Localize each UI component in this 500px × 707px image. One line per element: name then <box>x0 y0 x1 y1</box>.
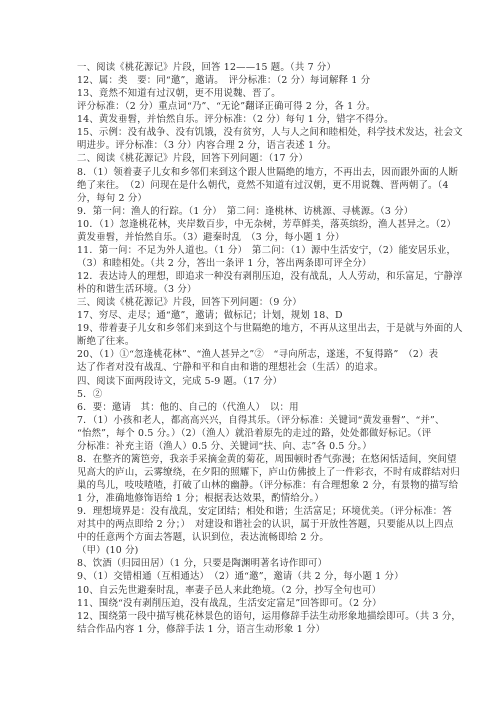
answer-line: 7．（1）小孩和老人，都高高兴兴，自得其乐。（评分标准：关键词“黄发垂髫”、“并… <box>77 414 429 427</box>
answer-line: 6．要：邀请 其：他的、自己的（代渔人） 以：用 <box>77 401 429 414</box>
answer-line: 8．（1）领着妻子儿女和乡邻们来到这个跟人世隔绝的地方，不再出去，因而跟外面的人… <box>77 166 429 179</box>
answer-line: 9．理想境界是：没有战乱，安定团结；相处和谐；生活富足；环境优美。（评分标准：答 <box>77 505 429 518</box>
answer-line: 达了作者对没有战乱、宁静和平和自由和谐的理想社会（生活）的追求。 <box>77 361 429 374</box>
answer-line: 11、围绕“没有剥削压迫，没有战乱，生活安定富足”回答即可。（2 分） <box>77 597 429 610</box>
answer-line: 12、属：类 要：同“邀”，邀请。 评分标准：（2 分）每词解释 1 分 <box>77 74 429 87</box>
answer-line: 1 分，准确地修饰语给 1 分；根据表达效果，酌情给分。） <box>77 492 429 505</box>
scoring-note: 评分标准：（2 分）重点词“乃”、“无论”翻译正确可得 2 分，各 1 分。 <box>77 100 429 113</box>
answer-line: “怡然”，每个 0.5 分。）（2）（渔人）就沿着原先的走过的路，处处都做好标记… <box>77 427 429 440</box>
answer-line: 断绝了往来。 <box>77 335 429 348</box>
answer-line: 9．第一问：渔人的行踪。（1 分） 第二问：逢桃林、访桃源、寻桃源。（3 分） <box>77 205 429 218</box>
answer-line: （3）和睦相处。（共 2 分，答出一条评 1 分，答出两条即可评全分） <box>77 257 429 270</box>
section-heading-3: 三、阅读《桃花源记》片段，回答下列问题：（9 分） <box>77 296 429 309</box>
answer-line: 中的任意两个方面去答题，认识到位，表达流畅即给 2 分。 <box>77 531 429 544</box>
answer-line: 17、穷尽、走尽；通“邀”，邀请；做标记；计划，规划 18、D <box>77 309 429 322</box>
answer-line: 黄发垂髫，并怡然自乐。（3）避秦时乱 （3 分，每小题 1 分） <box>77 231 429 244</box>
answer-line: 15、示例：没有战争、没有饥饿，没有贫穷，人与人之间和睦相处，科学技术发达，社会… <box>77 126 429 139</box>
answer-line: 9、（1）交错相通（互相通达） （2）通“邀”，邀请（共 2 分，每小题 1 分… <box>77 570 429 583</box>
answer-line: 分标准：补充主语（渔人）0.5 分、关键词“扶、向、志”各 0.5 分。） <box>77 440 429 453</box>
answer-line: 11．第一问：不足为外人道也。（1 分） 第二问：（1）源中生活安宁，（2）能安… <box>77 244 429 257</box>
answer-line: 20、（1）①“忽逢桃花林”、“渔人甚异之”② “寻向所志，遂迷，不复得路” （… <box>77 348 429 361</box>
answer-line: 对其中的两点即给 2 分；） 对建设和谐社会的认识，属于开放性答题，只要能从以上… <box>77 518 429 531</box>
answer-line: 8、饮酒（归园田居）（1 分，只要是陶渊明著名诗作即可） <box>77 557 429 570</box>
answer-line: 分，每句 2 分） <box>77 192 429 205</box>
answer-line: 12、围绕第一段中描写桃花林景色的语句，运用修辞手法生动形象地描绘即可。（共 3… <box>77 610 429 623</box>
section-heading-4: 四、阅读下面两段诗文，完成 5-9 题。（17 分） <box>77 375 429 388</box>
answer-line: 19、带着妻子儿女和乡邻们来到这个与世隔绝的地方，不再从这里出去，于是就与外面的… <box>77 322 429 335</box>
answer-line: 朴的和谐生活环境。（3 分） <box>77 283 429 296</box>
section-heading-1: 一、阅读《桃花源记》片段，回答 12——15 题。（共 7 分） <box>77 61 429 74</box>
answer-line: 明进步。评分标准：（3 分）内容合理 2 分，语言表述 1 分。 <box>77 139 429 152</box>
section-heading-jia: （甲）(10 分) <box>77 544 429 557</box>
answer-line: 13、竟然不知道有过汉朝，更不用说魏、晋了。 <box>77 87 429 100</box>
answer-line: 10．（1）忽逢桃花林，夹岸数百步，中无杂树，芳草鲜美，落英缤纷，渔人甚异之。（… <box>77 218 429 231</box>
answer-key-document: 一、阅读《桃花源记》片段，回答 12——15 题。（共 7 分） 12、属：类 … <box>77 61 429 636</box>
answer-line: 巢的鸟儿，吱吱喳喳，打破了山林的幽静。（评分标准：有合理想象 2 分，有景物的描… <box>77 479 429 492</box>
section-heading-2: 二、阅读《桃花源记》片段，回答下列问题：（17 分） <box>77 152 429 165</box>
answer-line: 14、黄发垂髫，并怡然自乐。评分标准：（2 分）每句 1 分，错字不得分。 <box>77 113 429 126</box>
answer-line: 结合作品内容 1 分，修辞手法 1 分，语言生动形象 1 分） <box>77 623 429 636</box>
answer-line: 10、自云先世避秦时乱，率妻子邑人来此绝境。（2 分，抄写全句也可） <box>77 584 429 597</box>
answer-line: 12．表达诗人的理想，即追求一种没有剥削压迫，没有战乱，人人劳动，和乐富足，宁静… <box>77 270 429 283</box>
answer-line: 5．② <box>77 388 429 401</box>
answer-line: 绝了来往。 （2）问现在是什么朝代，竟然不知道有过汉朝，更不用说魏、晋两朝了。（… <box>77 179 429 192</box>
answer-line: 8．在整齐的篱笆旁，我亲手采摘金黄的菊花，周围顿时香气弥漫；在悠闲恬适间，突间望 <box>77 453 429 466</box>
answer-line: 见高大的庐山，云雾缭绕，在夕阳的照耀下，庐山仿佛披上了一件彩衣，不时有成群结对归 <box>77 466 429 479</box>
